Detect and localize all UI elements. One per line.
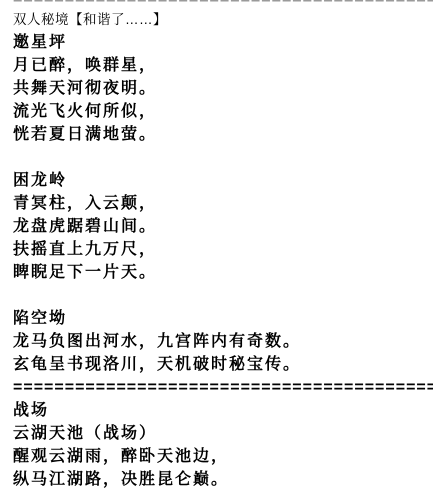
poem-line: 龙盘虎踞碧山间。 [13, 215, 433, 238]
poem-line: 玄龟呈书现洛川，天机破时秘宝传。 [13, 353, 433, 376]
section-title: 战场 [13, 399, 433, 422]
section-title: 邀星坪 [13, 31, 433, 54]
poem-line: 恍若夏日满地萤。 [13, 123, 433, 146]
poem-line: 月已醉，唤群星， [13, 54, 433, 77]
section-title: 陷空坳 [13, 307, 433, 330]
section-title: 困龙岭 [13, 169, 433, 192]
page-header: 双人秘境【和谐了……】 [13, 8, 433, 31]
section-separator: ========================================… [13, 376, 433, 399]
poem-line: 共舞天河彻夜明。 [13, 77, 433, 100]
document: ========================================… [0, 0, 433, 500]
poem-line: 青冥柱，入云颠， [13, 192, 433, 215]
top-edge-separator: ========================================… [13, 0, 433, 11]
poem-line: 流光飞火何所似， [13, 100, 433, 123]
poem-line: 云湖天池（战场） [13, 422, 433, 445]
section-yaoxingping: 邀星坪 月已醉，唤群星， 共舞天河彻夜明。 流光飞火何所似， 恍若夏日满地萤。 [13, 31, 433, 146]
section-zhanchang: 战场 云湖天池（战场） 醒观云湖雨，醉卧天池边， 纵马江湖路，决胜昆仑巅。 [13, 399, 433, 491]
poem-line: 醒观云湖雨，醉卧天池边， [13, 445, 433, 468]
poem-line: 扶摇直上九万尺， [13, 238, 433, 261]
section-xiankongao: 陷空坳 龙马负图出河水，九宫阵内有奇数。 玄龟呈书现洛川，天机破时秘宝传。 [13, 307, 433, 376]
poem-line: 睥睨足下一片天。 [13, 261, 433, 284]
poem-line: 龙马负图出河水，九宫阵内有奇数。 [13, 330, 433, 353]
poem-line: 纵马江湖路，决胜昆仑巅。 [13, 468, 433, 491]
section-kunlongling: 困龙岭 青冥柱，入云颠， 龙盘虎踞碧山间。 扶摇直上九万尺， 睥睨足下一片天。 [13, 169, 433, 284]
